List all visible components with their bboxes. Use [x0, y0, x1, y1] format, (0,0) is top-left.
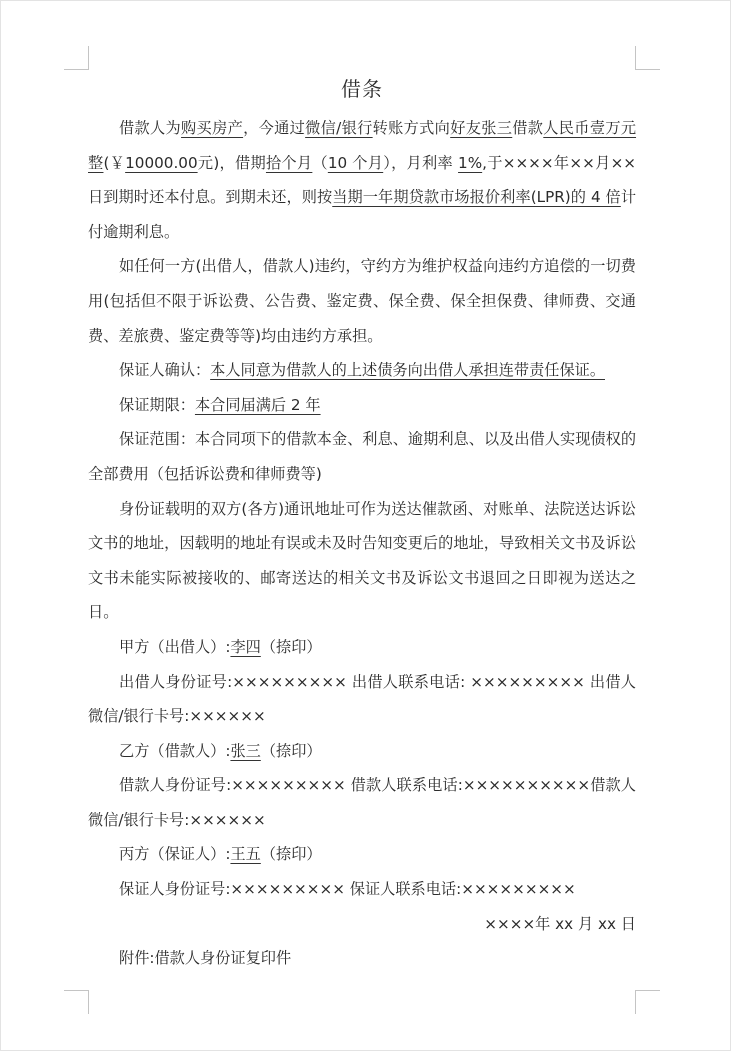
margin-corner-bottom-left — [64, 990, 89, 1014]
underlined-term: 10000.00 — [125, 154, 197, 172]
address-clause-paragraph: 身份证载明的双方(各方)通讯地址可作为送达催款函、对账单、法院送达诉讼文书的地址… — [88, 492, 636, 630]
document-body: 借条 借款人为购买房产，今通过微信/银行转账方式向好友张三借款人民币壹万元整(￥… — [88, 73, 636, 976]
breach-paragraph: 如任何一方(出借人，借款人)违约，守约方为维护权益向违约方追偿的一切费用(包括但… — [88, 249, 636, 353]
loan-terms-paragraph: 借款人为购买房产，今通过微信/银行转账方式向好友张三借款人民币壹万元整(￥100… — [88, 111, 636, 249]
paragraph-text: 转账方式向 — [373, 119, 451, 137]
party-a-name: 李四 — [230, 638, 260, 656]
underlined-term: 拾个月 — [266, 154, 312, 172]
underlined-term: 1% — [458, 154, 482, 172]
party-c-line: 丙方（保证人）:王五（捺印） — [88, 837, 636, 872]
paragraph-text: (￥ — [103, 154, 125, 172]
guarantee-period-paragraph: 保证期限：本合同届满后 2 年 — [88, 388, 636, 423]
underlined-term: 微信/银行 — [305, 119, 373, 137]
party-b-name: 张三 — [230, 742, 260, 760]
guarantee-scope-paragraph: 保证范围：本合同项下的借款本金、利息、逾期利息、以及出借人实现债权的全部费用（包… — [88, 422, 636, 491]
underlined-term: 10 个月 — [328, 154, 383, 172]
party-a-suffix: （捺印） — [261, 638, 322, 656]
party-c-details: 保证人身份证号:××××××××× 保证人联系电话:××××××××× — [88, 872, 636, 907]
paragraph-text: 借款 — [512, 119, 543, 137]
guarantee-period-value: 本合同届满后 2 年 — [195, 396, 321, 414]
paragraph-text: 元)，借期 — [198, 154, 266, 172]
paragraph-text: （ — [312, 154, 327, 172]
party-b-label: 乙方（借款人）: — [119, 742, 230, 760]
party-c-label: 丙方（保证人）: — [119, 845, 230, 863]
underlined-term: 当期一年期贷款市场报价利率(LPR)的 4 倍 — [332, 188, 621, 206]
party-b-suffix: （捺印） — [261, 742, 322, 760]
party-c-name: 王五 — [230, 845, 260, 863]
document-date: ××××年 xx 月 xx 日 — [88, 907, 636, 942]
guarantee-period-label: 保证期限： — [119, 396, 195, 414]
party-a-line: 甲方（出借人）:李四（捺印） — [88, 630, 636, 665]
party-b-line: 乙方（借款人）:张三（捺印） — [88, 734, 636, 769]
underlined-term: 好友张三 — [450, 119, 512, 137]
margin-corner-bottom-right — [635, 990, 660, 1014]
document-page: 借条 借款人为购买房产，今通过微信/银行转账方式向好友张三借款人民币壹万元整(￥… — [0, 0, 731, 1051]
paragraph-text: ，今通过 — [243, 119, 305, 137]
party-b-details: 借款人身份证号:××××××××× 借款人联系电话:××××××××××借款人微… — [88, 768, 636, 837]
margin-corner-top-left — [64, 46, 89, 70]
attachment-note: 附件:借款人身份证复印件 — [88, 941, 636, 976]
underlined-term: 购买房产 — [181, 119, 243, 137]
guarantor-confirm-label: 保证人确认： — [119, 361, 210, 379]
guarantor-confirm-paragraph: 保证人确认：本人同意为借款人的上述债务向出借人承担连带责任保证。 — [88, 353, 636, 388]
document-title: 借条 — [88, 73, 636, 105]
party-a-label: 甲方（出借人）: — [119, 638, 230, 656]
margin-corner-top-right — [635, 46, 660, 70]
paragraph-text: 借款人为 — [119, 119, 181, 137]
party-a-details: 出借人身份证号:××××××××× 出借人联系电话: ××××××××× 出借人… — [88, 665, 636, 734]
guarantor-confirm-value: 本人同意为借款人的上述债务向出借人承担连带责任保证。 — [210, 361, 605, 379]
party-c-suffix: （捺印） — [261, 845, 322, 863]
paragraph-text: ），月利率 — [383, 154, 458, 172]
